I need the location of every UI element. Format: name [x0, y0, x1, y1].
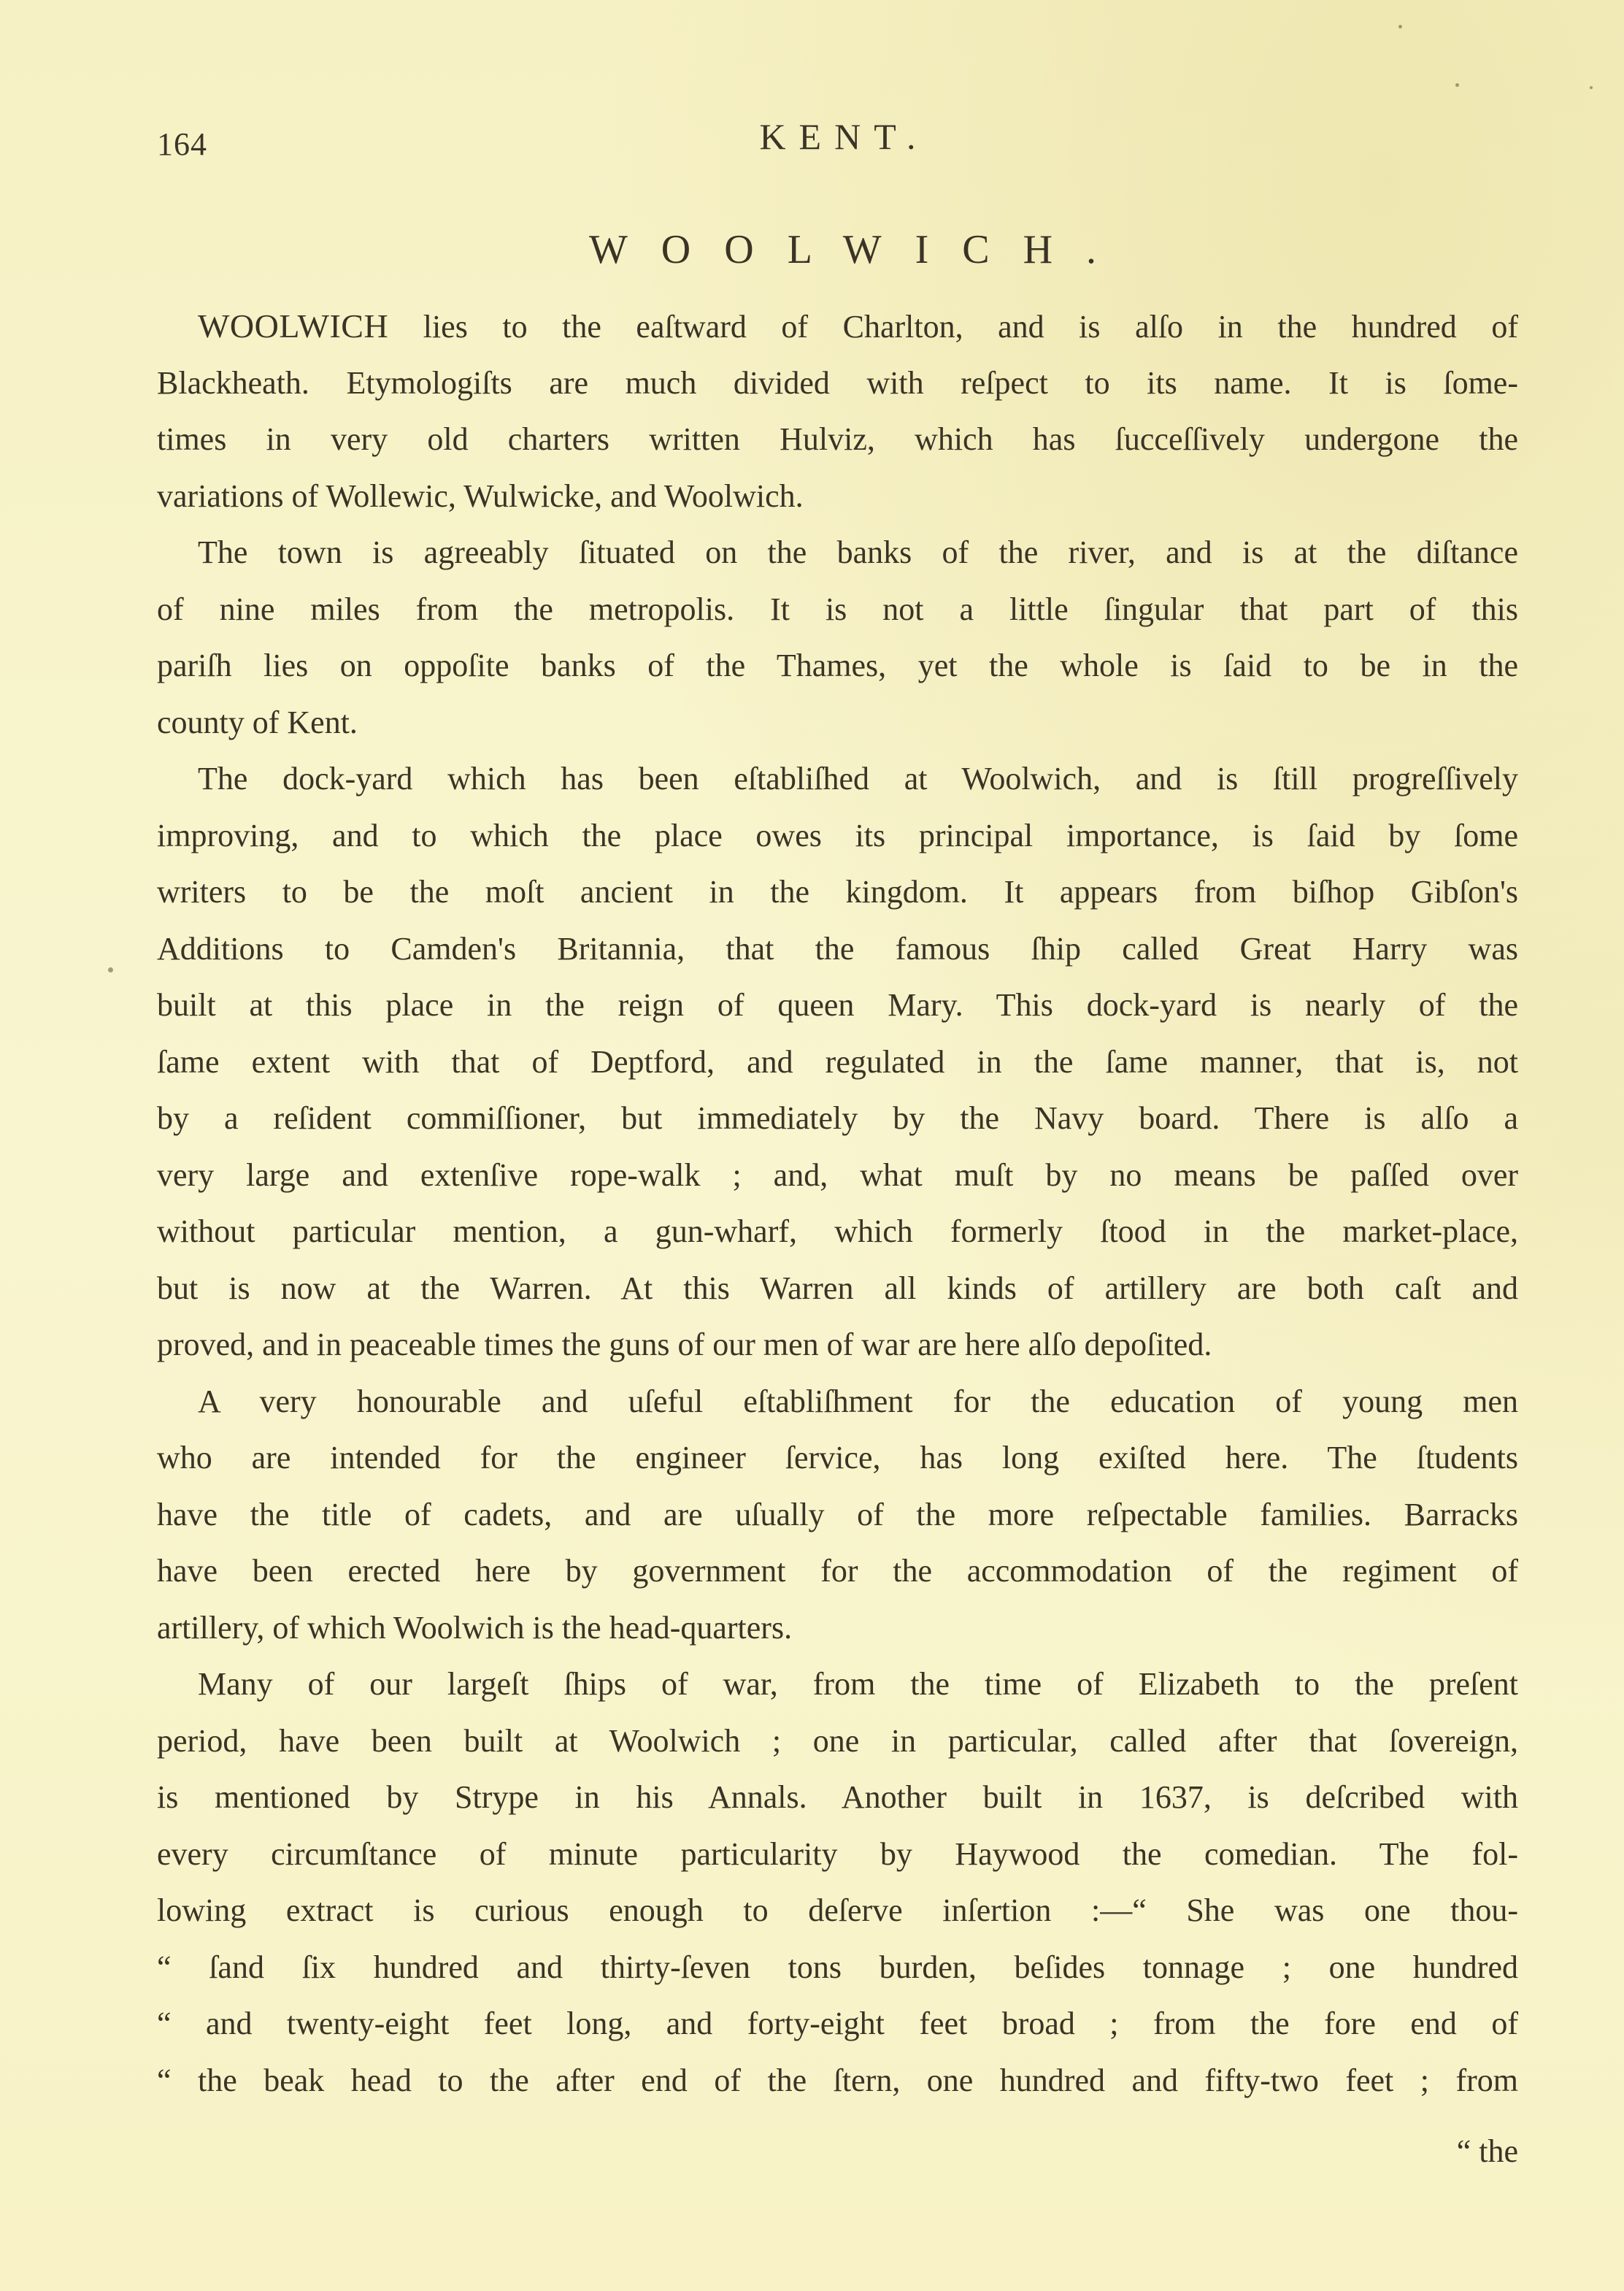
text-line: is mentioned by Strype in his Annals. An… — [157, 1769, 1518, 1826]
paper-speck — [1398, 25, 1402, 28]
text-line: improving, and to which the place owes i… — [157, 807, 1518, 864]
text-line: writers to be the moſt ancient in the ki… — [157, 864, 1518, 921]
paragraph-3: The dock-yard which has been eſtabliſhed… — [157, 751, 1518, 1373]
text-line: Additions to Camden's Britannia, that th… — [157, 921, 1518, 978]
text-line: “ and twenty-eight feet long, and forty-… — [157, 1995, 1518, 2052]
text-line: The town is agreeably ſituated on the ba… — [157, 524, 1518, 581]
text-line: times in very old charters written Hulvi… — [157, 411, 1518, 468]
catchword: “ the — [1457, 2123, 1518, 2179]
running-title: KENT. — [157, 115, 1518, 158]
paragraph-1: WOOLWICH lies to the eaſtward of Charlto… — [157, 298, 1518, 524]
text-line: artillery, of which Woolwich is the head… — [157, 1600, 1518, 1657]
text-line: every circumſtance of minute particulari… — [157, 1826, 1518, 1883]
text-line: “ the beak head to the after end of the … — [157, 2052, 1518, 2109]
running-head: 164 KENT. — [157, 110, 1518, 168]
body-text: WOOLWICH lies to the eaſtward of Charlto… — [157, 298, 1518, 2108]
text-line: WOOLWICH lies to the eaſtward of Charlto… — [157, 298, 1518, 355]
text-line: of nine miles from the metropolis. It is… — [157, 581, 1518, 638]
text-line: A very honourable and uſeful eſtabliſhme… — [157, 1373, 1518, 1430]
section-title: WOOLWICH. — [157, 226, 1518, 273]
text-line: by a reſident commiſſioner, but immediat… — [157, 1090, 1518, 1147]
paper-speck — [1455, 83, 1459, 87]
text-line: have been erected here by government for… — [157, 1543, 1518, 1600]
text-line: built at this place in the reign of quee… — [157, 977, 1518, 1034]
paragraph-2: The town is agreeably ſituated on the ba… — [157, 524, 1518, 751]
paragraph-5: Many of our largeſt ſhips of war, from t… — [157, 1656, 1518, 2108]
paper-speck — [108, 967, 113, 972]
text-line: have the title of cadets, and are uſuall… — [157, 1486, 1518, 1543]
text-line: Blackheath. Etymologiſts are much divide… — [157, 355, 1518, 412]
text-line: The dock-yard which has been eſtabliſhed… — [157, 751, 1518, 807]
text-line: period, have been built at Woolwich ; on… — [157, 1713, 1518, 1770]
text-line: county of Kent. — [157, 694, 1518, 751]
text-line: pariſh lies on oppoſite banks of the Tha… — [157, 637, 1518, 694]
book-page: 164 KENT. WOOLWICH. WOOLWICH lies to the… — [0, 0, 1624, 2291]
text-line: lowing extract is curious enough to deſe… — [157, 1882, 1518, 1939]
text-line: variations of Wollewic, Wulwicke, and Wo… — [157, 468, 1518, 525]
paper-speck — [1590, 86, 1593, 89]
text-line: very large and extenſive rope-walk ; and… — [157, 1147, 1518, 1204]
text-line: who are intended for the engineer ſervic… — [157, 1430, 1518, 1486]
text-line: but is now at the Warren. At this Warren… — [157, 1260, 1518, 1317]
text-line: “ ſand ſix hundred and thirty-ſeven tons… — [157, 1939, 1518, 1996]
text-line: without particular mention, a gun-wharf,… — [157, 1203, 1518, 1260]
text-line: ſame extent with that of Deptford, and r… — [157, 1034, 1518, 1091]
text-line: Many of our largeſt ſhips of war, from t… — [157, 1656, 1518, 1713]
lead-word: WOOLWICH — [198, 307, 388, 345]
paragraph-4: A very honourable and uſeful eſtabliſhme… — [157, 1373, 1518, 1657]
text-line: proved, and in peaceable times the guns … — [157, 1316, 1518, 1373]
